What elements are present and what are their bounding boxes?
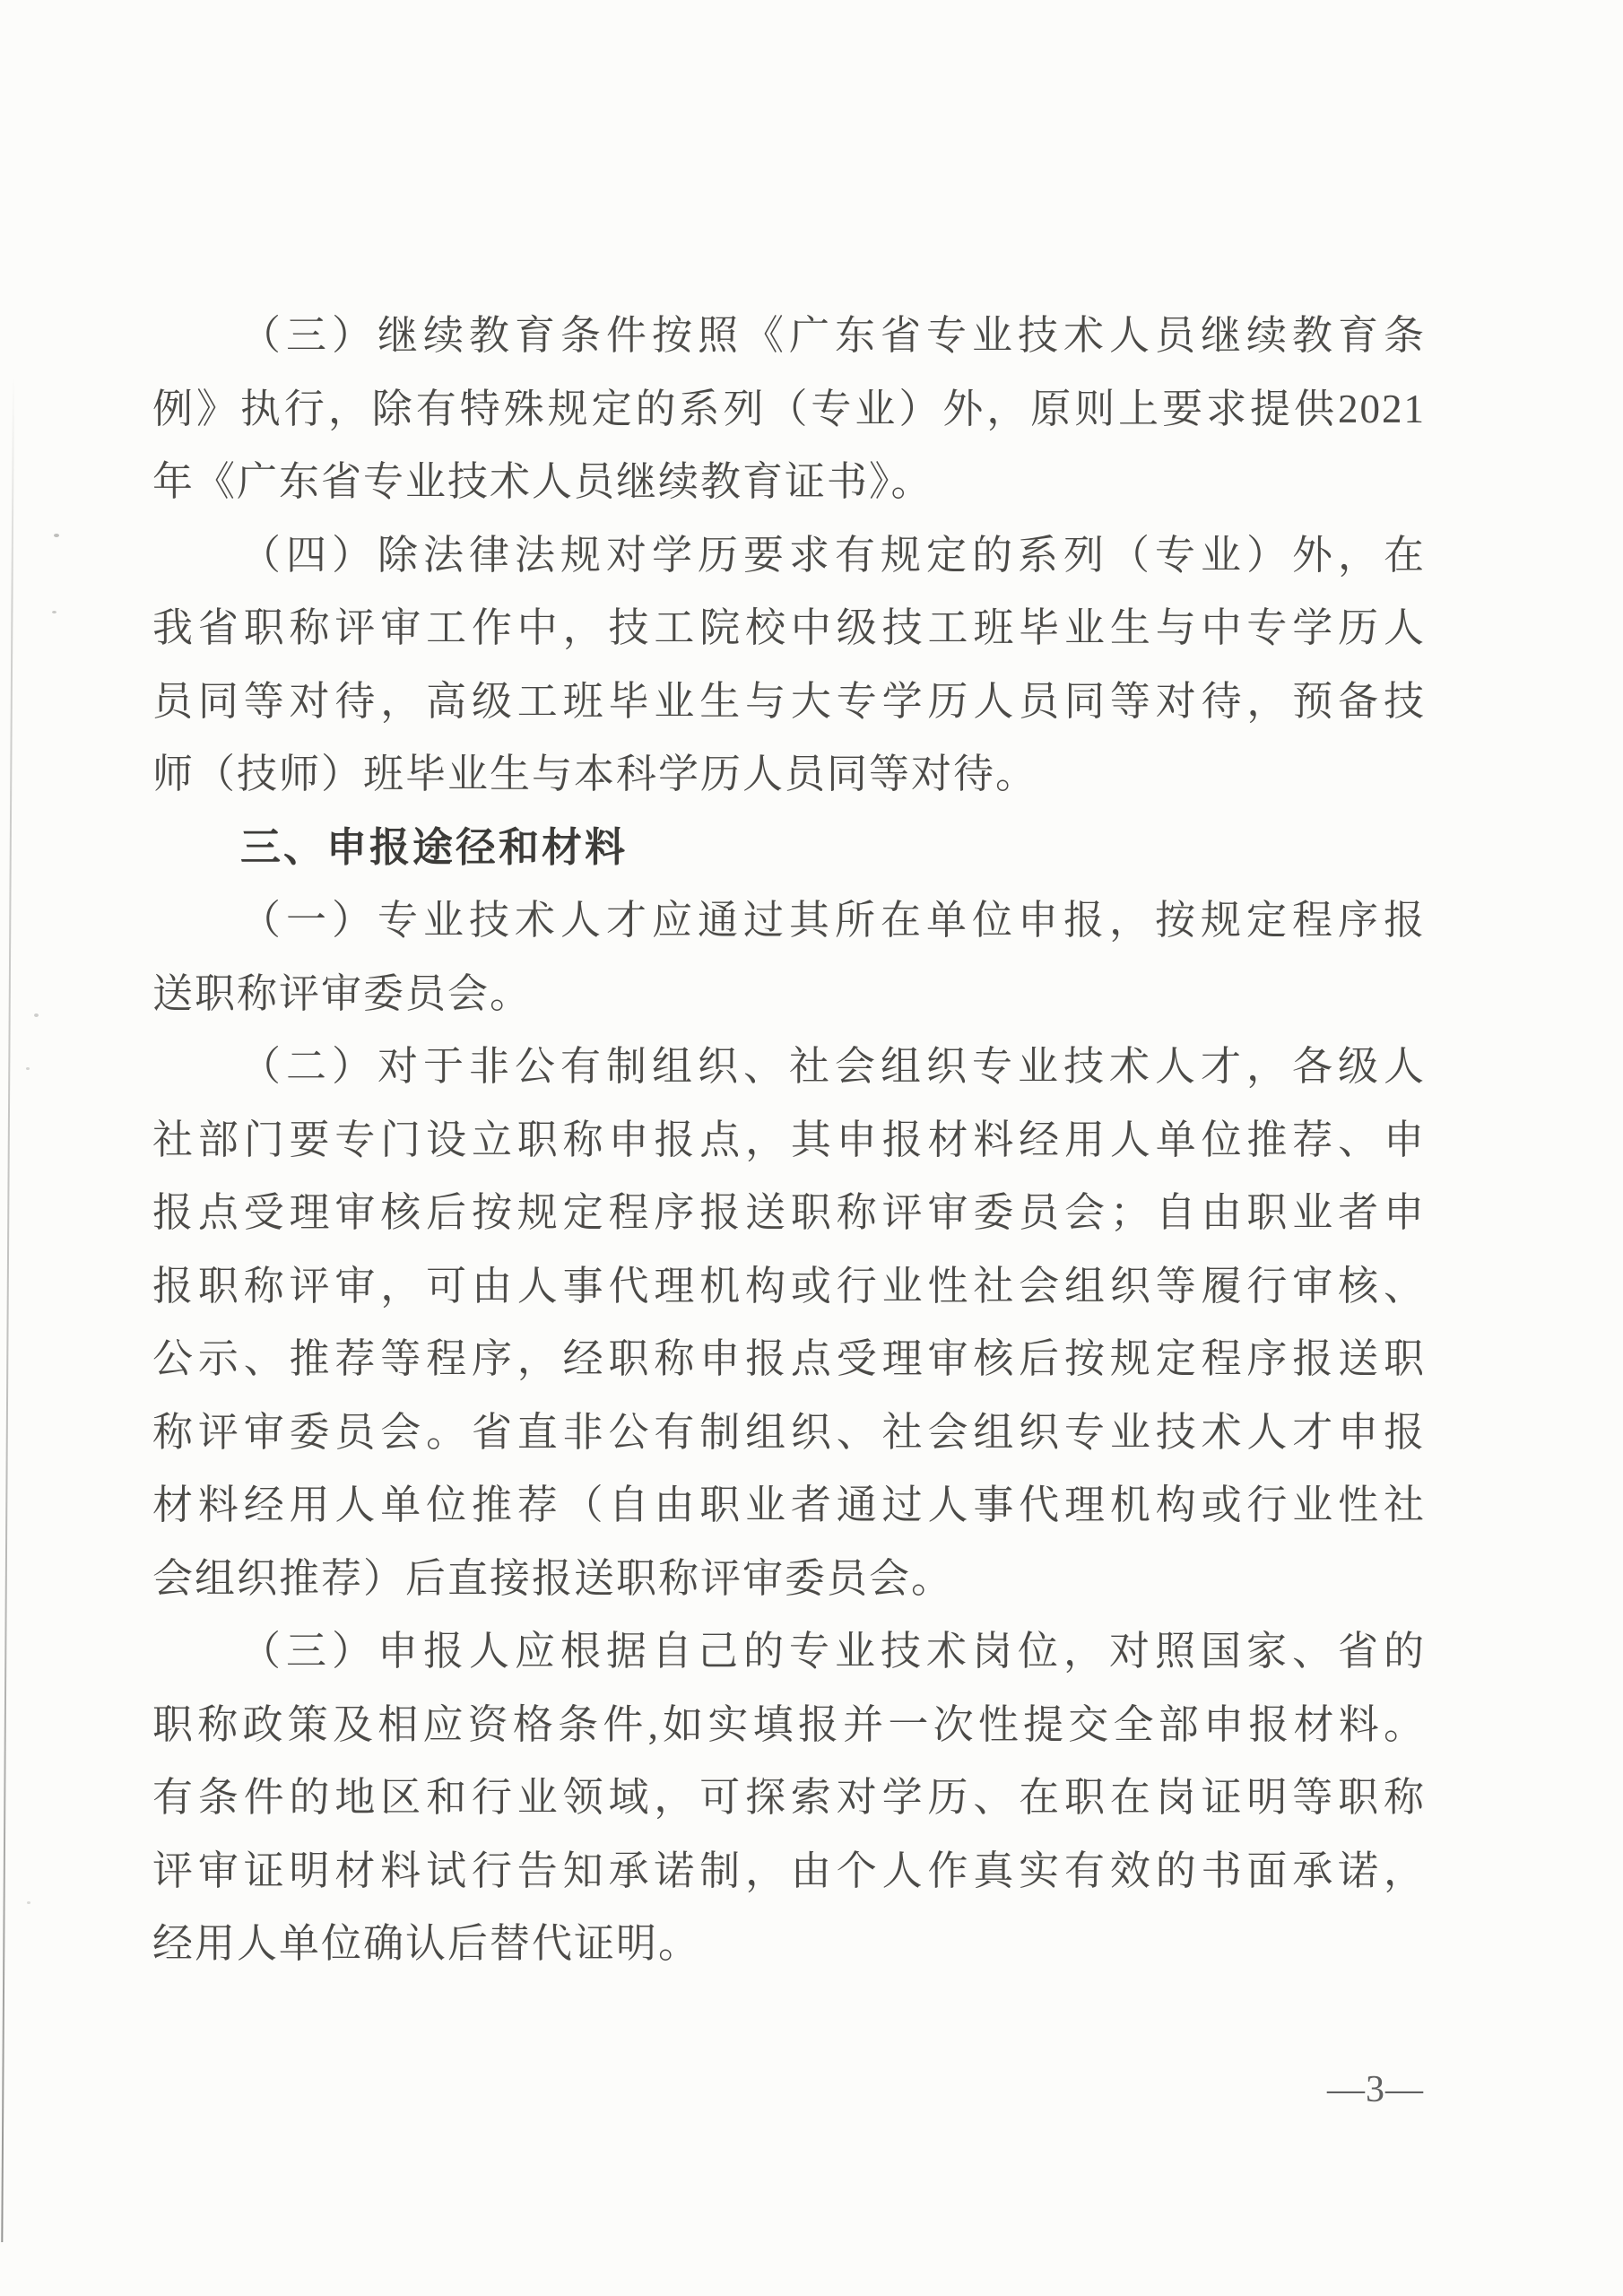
text-line: 公示、推荐等程序，经职称申报点受理审核后按规定程序报送职 (152, 1323, 1426, 1396)
text-line: 会组织推荐）后直接报送职称评审委员会。 (152, 1543, 1426, 1616)
text-line: 师（技师）班毕业生与本科学历人员同等对待。 (152, 738, 1426, 812)
text-line: （三）申报人应根据自己的专业技术岗位，对照国家、省的 (152, 1615, 1426, 1689)
text-line: 报职称评审，可由人事代理机构或行业性社会组织等履行审核、 (152, 1250, 1426, 1324)
text-line: 例》执行，除有特殊规定的系列（专业）外，原则上要求提供2021 (152, 373, 1426, 447)
scan-speck (27, 1901, 30, 1904)
text-line: （二）对于非公有制组织、社会组织专业技术人才，各级人 (152, 1031, 1426, 1104)
scan-speck (26, 1067, 30, 1070)
text-line: 有条件的地区和行业领域，可探索对学历、在职在岗证明等职称 (152, 1761, 1426, 1835)
text-line: 报点受理审核后按规定程序报送职称评审委员会；自由职业者申 (152, 1177, 1426, 1250)
scan-edge-line (1, 377, 14, 2242)
text-line: 社部门要专门设立职称申报点，其申报材料经用人单位推荐、申 (152, 1104, 1426, 1178)
text-line: 评审证明材料试行告知承诺制，由个人作真实有效的书面承诺， (152, 1835, 1426, 1909)
text-line: 材料经用人单位推荐（自由职业者通过人事代理机构或行业性社 (152, 1469, 1426, 1543)
text-line: 称评审委员会。省直非公有制组织、社会组织专业技术人才申报 (152, 1396, 1426, 1470)
text-line: 经用人单位确认后替代证明。 (152, 1908, 1426, 1981)
text-line: 我省职称评审工作中，技工院校中级技工班毕业生与中专学历人 (152, 592, 1426, 665)
text-line: 送职称评审委员会。 (152, 958, 1426, 1031)
text-line: （一）专业技术人才应通过其所在单位申报，按规定程序报 (152, 884, 1426, 958)
text-line: 员同等对待，高级工班毕业生与大专学历人员同等对待，预备技 (152, 665, 1426, 739)
text-line: 职称政策及相应资格条件,如实填报并一次性提交全部申报材料。 (152, 1689, 1426, 1762)
scan-speck (34, 1013, 39, 1017)
text-line: （四）除法律法规对学历要求有规定的系列（专业）外，在 (152, 519, 1426, 593)
scan-speck (54, 534, 59, 537)
page-number: —3— (1327, 2063, 1424, 2117)
text-line: 年《广东省专业技术人员继续教育证书》。 (152, 446, 1426, 519)
document-body: （三）继续教育条件按照《广东省专业技术人员继续教育条 例》执行，除有特殊规定的系… (152, 300, 1426, 1981)
section-heading: 三、申报途径和材料 (152, 812, 1426, 885)
scan-speck (52, 611, 56, 613)
text-line: （三）继续教育条件按照《广东省专业技术人员继续教育条 (152, 300, 1426, 373)
